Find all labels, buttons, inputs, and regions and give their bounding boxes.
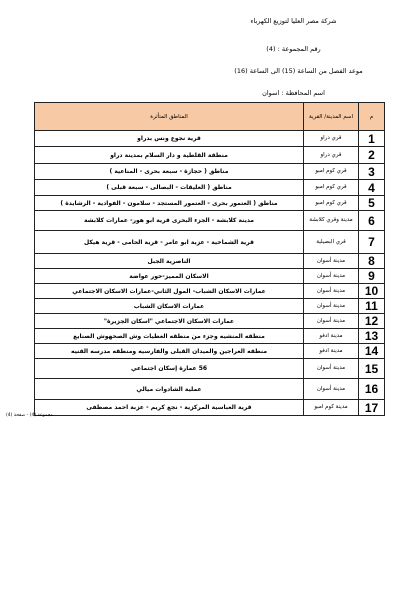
row-city: قري دراو <box>304 131 359 147</box>
row-number: 2 <box>359 147 385 164</box>
table-row: 14مدينة ادفومنطقه العراجين والميدان القب… <box>35 344 385 359</box>
row-number: 10 <box>359 284 385 299</box>
table-header-row: م اسم المدينة/ القرية المناطق المتأثرة <box>35 103 385 131</box>
row-city: مدينة أسوان <box>304 379 359 400</box>
row-number: 12 <box>359 314 385 329</box>
row-areas: قرية الشماخية - عزبة ابو عامر - قرية الح… <box>35 231 304 254</box>
row-number: 7 <box>359 231 385 254</box>
row-city: مدينة أسوان <box>304 254 359 269</box>
row-areas: مناطق ( حجازة - سبعة بحرى - المناعية ) <box>35 164 304 180</box>
row-number: 4 <box>359 180 385 196</box>
governorate-name: اسم المحافظة : اسوان <box>170 89 417 97</box>
row-areas: الناصرية الجبل <box>35 254 304 269</box>
column-header-city: اسم المدينة/ القرية <box>304 103 359 131</box>
table-row: 13مدينة ادفومنطقه المنشيه وجزء من منطقه … <box>35 329 385 344</box>
row-number: 6 <box>359 211 385 231</box>
row-city: مدينة أسوان <box>304 314 359 329</box>
table-row: 7قري البصيليةقرية الشماخية - عزبة ابو عا… <box>35 231 385 254</box>
column-header-areas: المناطق المتأثرة <box>35 103 304 131</box>
row-city: قري كوم امبو <box>304 196 359 211</box>
row-number: 9 <box>359 269 385 284</box>
row-areas: منطقه المنشيه وجزء من منطقه العطيات وش ا… <box>35 329 304 344</box>
table-row: 10مدينة أسوانعمارات الاسكان الشباب- المو… <box>35 284 385 299</box>
company-name: شركة مصر العليا لتوزيع الكهرباء <box>170 17 417 25</box>
table-body: 1قري دراوقرية نجوع ونس بدراو2قري دراومنط… <box>35 131 385 416</box>
table-row: 5قري كوم امبومناطق ( العتمور بحرى - العت… <box>35 196 385 211</box>
row-areas: منطقة القلطية و دار السلام بمدينة دراو <box>35 147 304 164</box>
page-footer: مجموعة (4) - صفحة (4) <box>6 413 53 418</box>
cutoff-time: موعد الفصل من الساعة (15) الى الساعة (16… <box>180 67 417 75</box>
row-areas: مناطق ( العليقات - البصالى - سبعة قبلى ) <box>35 180 304 196</box>
row-number: 1 <box>359 131 385 147</box>
row-areas: مناطق ( العتمور بحرى - العتمور المستجد -… <box>35 196 304 211</box>
table-row: 2قري دراومنطقة القلطية و دار السلام بمدي… <box>35 147 385 164</box>
column-header-number: م <box>359 103 385 131</box>
row-areas: عملية الشادوات ميالي <box>35 379 304 400</box>
row-number: 5 <box>359 196 385 211</box>
table-row: 4قري كوم امبومناطق ( العليقات - البصالى … <box>35 180 385 196</box>
row-areas: عمارات الاسكان الشباب- المول الثاني-عمار… <box>35 284 304 299</box>
row-city: قري كوم امبو <box>304 164 359 180</box>
row-city: قري دراو <box>304 147 359 164</box>
row-city: مدينة أسوان <box>304 284 359 299</box>
row-city: مدينة وقري كلابشة <box>304 211 359 231</box>
row-areas: قرية نجوع ونس بدراو <box>35 131 304 147</box>
row-city: مدينة أسوان <box>304 299 359 314</box>
row-number: 3 <box>359 164 385 180</box>
row-number: 16 <box>359 379 385 400</box>
row-number: 17 <box>359 400 385 416</box>
table-row: 15مدينة أسوان56 عمارة إسكان اجتماعي <box>35 359 385 379</box>
row-areas: الاسكان المميز-خور عواضة <box>35 269 304 284</box>
row-city: قري البصيلية <box>304 231 359 254</box>
table-row: 12مدينة أسوانعمارات الاسكان الاجتماعي "ا… <box>35 314 385 329</box>
table-row: 1قري دراوقرية نجوع ونس بدراو <box>35 131 385 147</box>
table-row: 16مدينة أسوانعملية الشادوات ميالي <box>35 379 385 400</box>
row-areas: عمارات الاسكان الاجتماعي "اسكان الجزيرة" <box>35 314 304 329</box>
row-city: مدينة كوم امبو <box>304 400 359 416</box>
table-row: 6مدينة وقري كلابشةمدينة كلابشة - الجزء ا… <box>35 211 385 231</box>
row-areas: 56 عمارة إسكان اجتماعي <box>35 359 304 379</box>
row-number: 13 <box>359 329 385 344</box>
row-city: مدينة ادفو <box>304 329 359 344</box>
row-number: 14 <box>359 344 385 359</box>
table-row: 11مدينة أسوانعمارات الاسكان الشباب <box>35 299 385 314</box>
row-areas: قرية العباسية المركزية - نجع كريم - عزبة… <box>35 400 304 416</box>
row-city: قري كوم امبو <box>304 180 359 196</box>
row-number: 15 <box>359 359 385 379</box>
row-number: 8 <box>359 254 385 269</box>
table-row: 8مدينة أسوانالناصرية الجبل <box>35 254 385 269</box>
row-city: مدينة أسوان <box>304 359 359 379</box>
row-city: مدينة ادفو <box>304 344 359 359</box>
row-areas: مدينة كلابشة - الجزء البحرى قرية ابو هور… <box>35 211 304 231</box>
row-areas: عمارات الاسكان الشباب <box>35 299 304 314</box>
group-number: رقم المجموعة : (4) <box>170 45 417 53</box>
table-row: 9مدينة أسوانالاسكان المميز-خور عواضة <box>35 269 385 284</box>
outage-table: م اسم المدينة/ القرية المناطق المتأثرة 1… <box>34 102 385 416</box>
row-number: 11 <box>359 299 385 314</box>
row-areas: منطقه العراجين والميدان القبلى والفارسيه… <box>35 344 304 359</box>
row-city: مدينة أسوان <box>304 269 359 284</box>
table-row: 17مدينة كوم امبوقرية العباسية المركزية -… <box>35 400 385 416</box>
table-row: 3قري كوم امبومناطق ( حجازة - سبعة بحرى -… <box>35 164 385 180</box>
